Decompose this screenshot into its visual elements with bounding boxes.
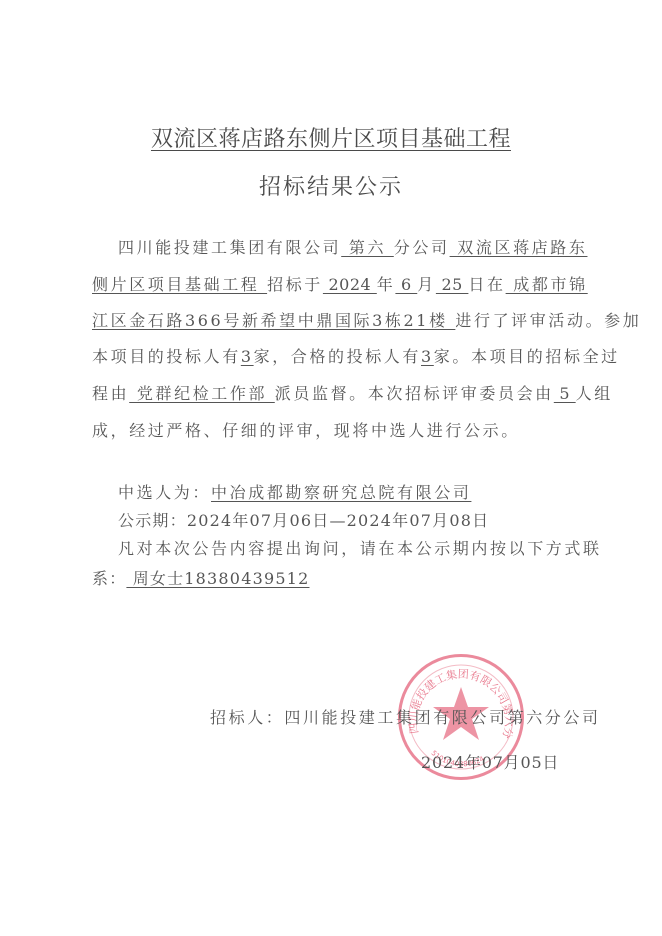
winner-name: 中冶成都勘察研究总院有限公司 (211, 483, 471, 502)
bidder-count: 3 (241, 347, 254, 366)
issuer-name: 四川能投建工集团有限公司第六分公司 (284, 708, 600, 727)
supervisor-fill: 党群纪检工作部 (129, 384, 275, 403)
paragraph-line-1: 四川能投建工集团有限公司 第六 分公司 双流区蒋店路东 (118, 238, 587, 258)
project-name-fill: 双流区蒋店路东 (450, 238, 588, 257)
bid-year: 2024 (323, 275, 377, 294)
paragraph-line-6: 成，经过严格、仔细的评审，现将中选人进行公示。 (92, 421, 520, 441)
branch-fill: 第六 (341, 238, 394, 257)
winner-label: 中选人为： (118, 483, 211, 502)
signature-label: 招标人： (210, 708, 284, 727)
qualified-count: 3 (421, 347, 434, 366)
signature-line: 招标人：四川能投建工集团有限公司第六分公司 (210, 708, 601, 728)
bid-month: 6 (395, 275, 417, 294)
paragraph-line-2: 侧片区项目基础工程 招标于 2024 年 6 月 25 日在 成都市锦 (92, 275, 588, 295)
period-line: 公示期：2024年07月06日—2024年07月08日 (118, 511, 489, 531)
publicity-period: 2024年07月06日—2024年07月08日 (187, 511, 489, 530)
paragraph-line-4: 本项目的投标人有3家，合格的投标人有3家。本项目的招标全过 (92, 347, 620, 367)
winner-line: 中选人为：中冶成都勘察研究总院有限公司 (118, 483, 471, 503)
contact-info: 周女士18380439512 (126, 569, 309, 588)
contact-line: 系： 周女士18380439512 (92, 569, 309, 589)
paragraph-line-3: 江区金石路366号新希望中鼎国际3栋21楼 进行了评审活动。参加 (92, 311, 641, 331)
bid-day: 25 (436, 275, 469, 294)
bid-location-fill: 成都市锦 (506, 275, 588, 294)
signature-date: 2024年07月05日 (421, 753, 559, 773)
inquiry-line: 凡对本次公告内容提出询问，请在本公示期内按以下方式联 (118, 539, 602, 559)
paragraph-line-5: 程由 党群纪检工作部 派员监督。本次招标评审委员会由 5 人组 (92, 384, 613, 404)
document-title: 双流区蒋店路东侧片区项目基础工程 (0, 122, 662, 153)
document-subtitle: 招标结果公示 (0, 170, 662, 201)
committee-size: 5 (554, 384, 576, 403)
